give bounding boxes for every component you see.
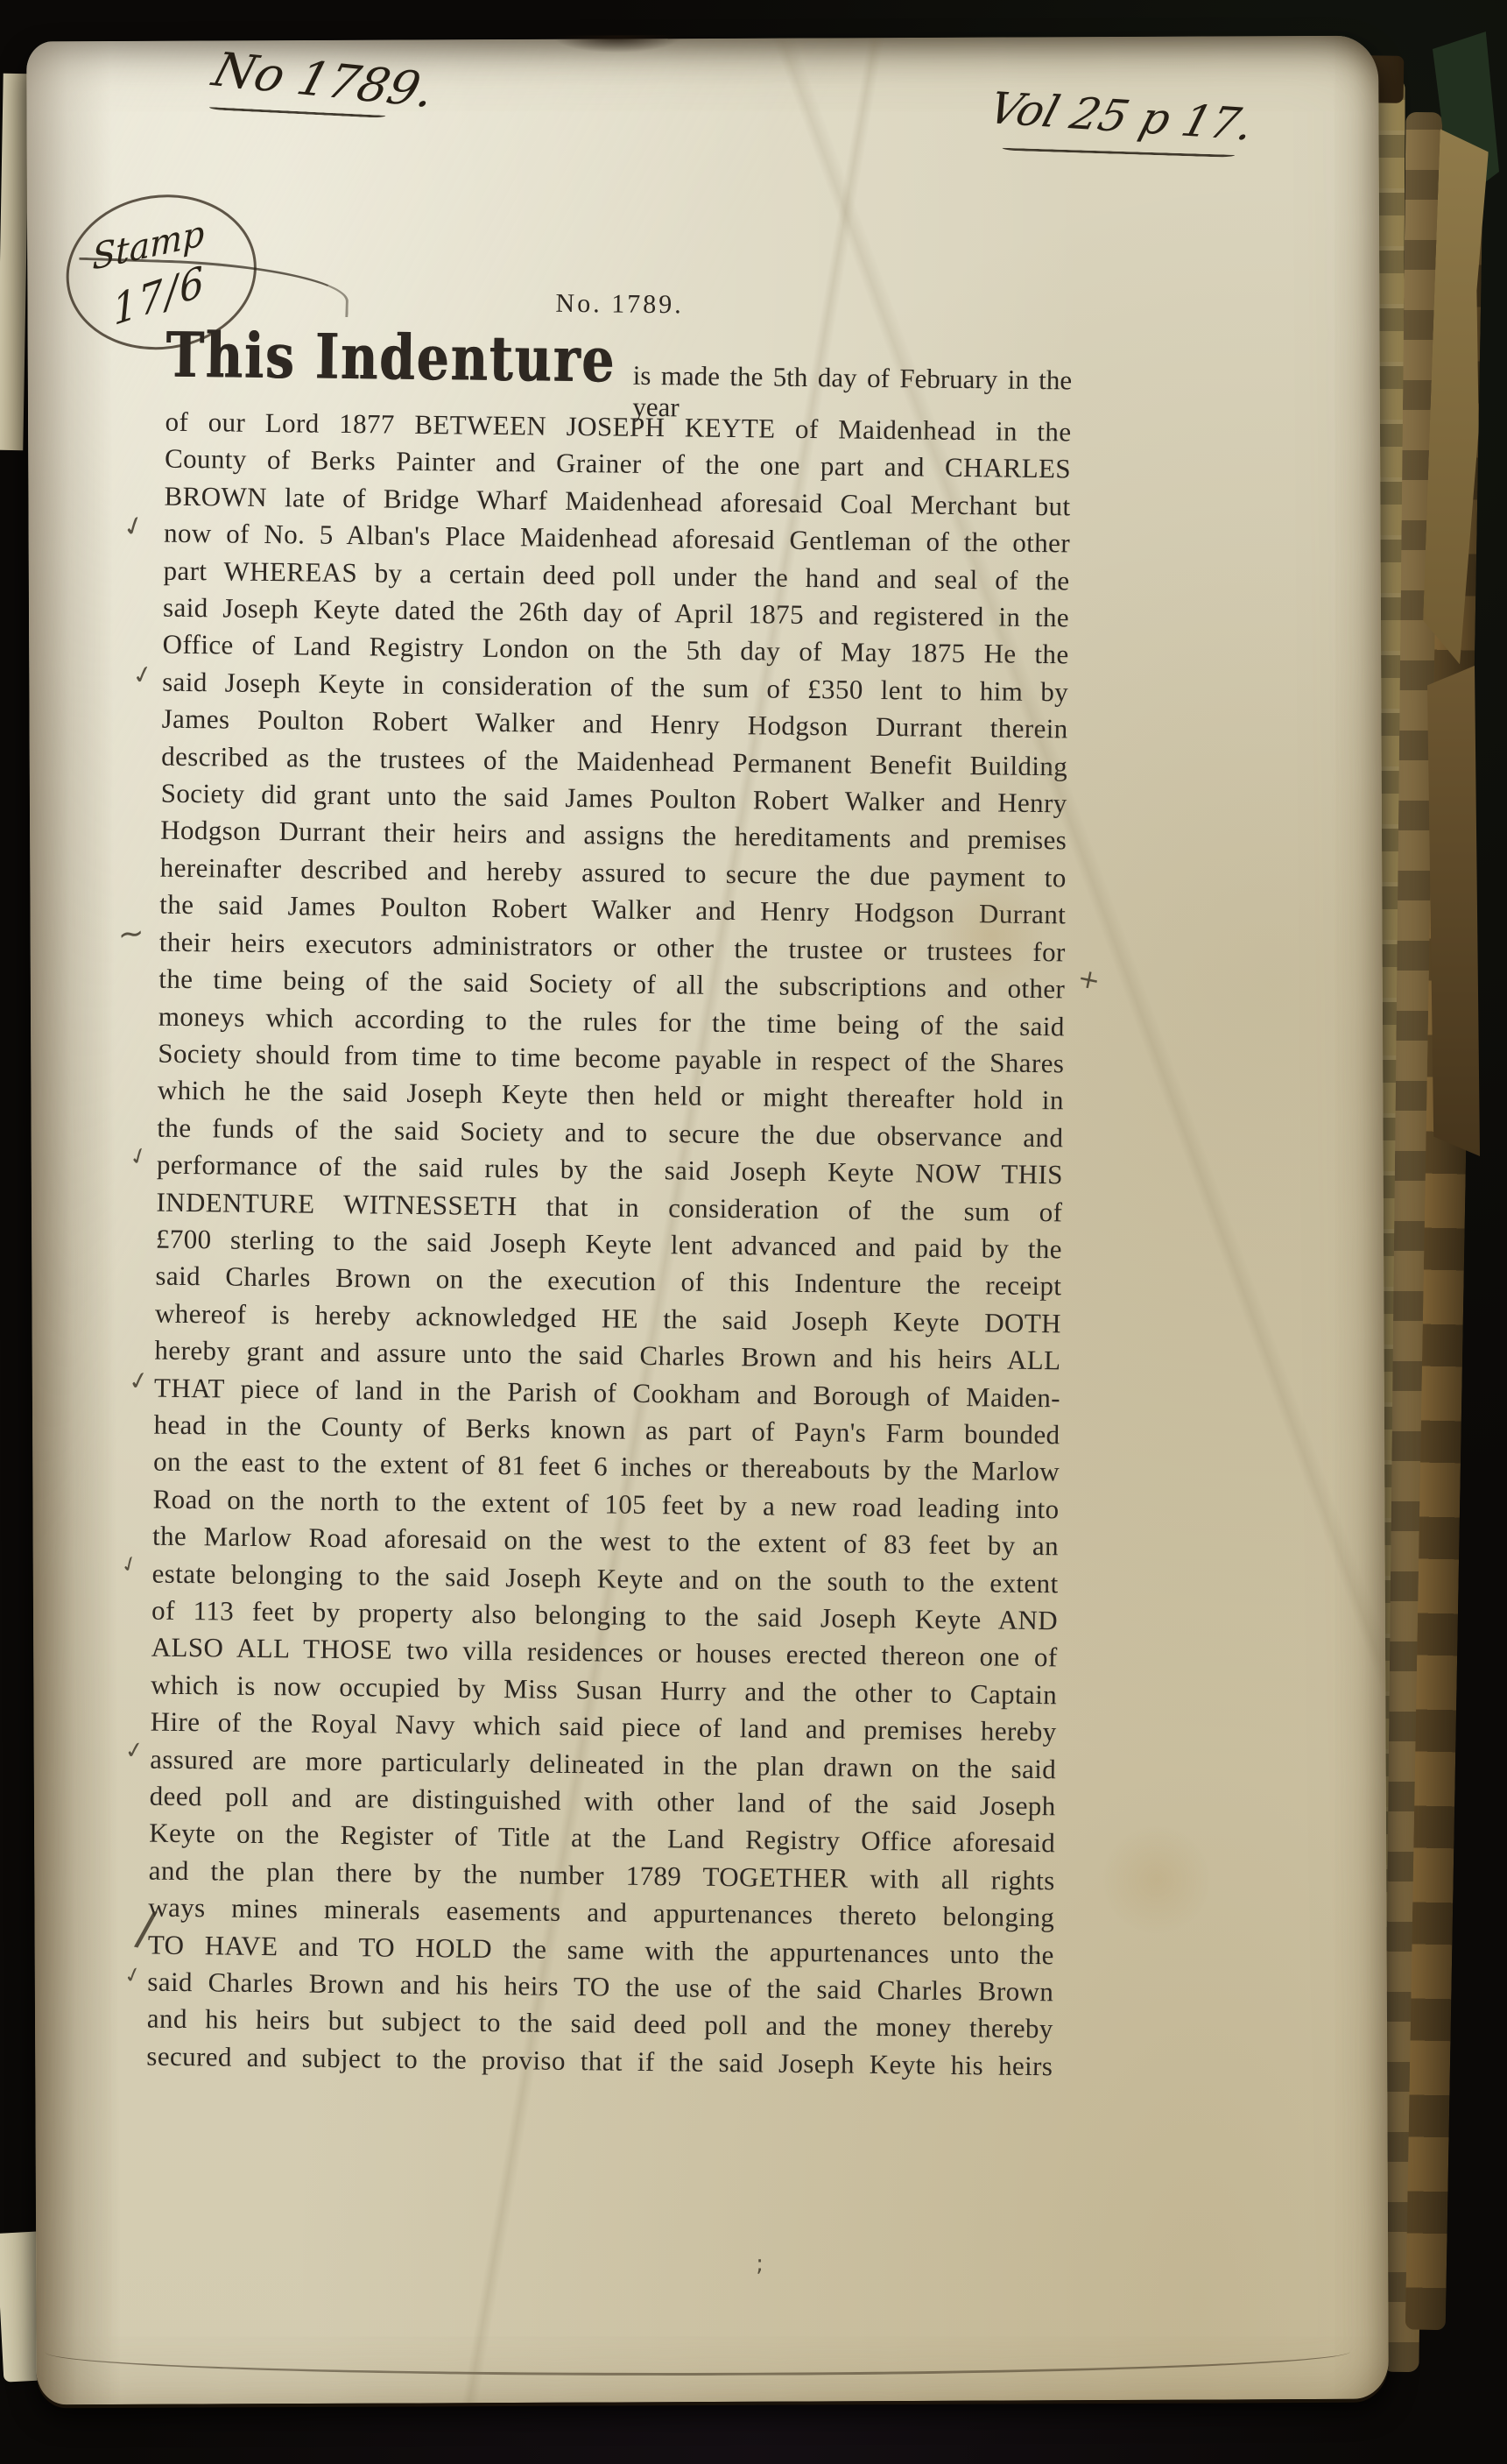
margin-mark: +: [1075, 965, 1102, 995]
margin-mark: ✓: [119, 512, 148, 543]
opening-words-blackletter: This Indenture: [165, 319, 616, 397]
margin-mark: ~: [116, 917, 146, 951]
page-bottom-edge-line: [46, 2346, 1350, 2379]
underlying-page-edge-top-left: [0, 74, 30, 450]
margin-marks-layer: ✓✓~✓✓✓✓∕✓+;: [26, 36, 1378, 42]
page-top-edge-smudge: [552, 35, 683, 53]
book-scan-background: No 1789. Vol 25 p 17. Stamp 17/6 No. 178…: [0, 0, 1507, 2464]
margin-mark: ✓: [123, 1738, 145, 1763]
margin-mark: ✓: [126, 1143, 151, 1171]
torn-page-fragment-lower: [1427, 666, 1480, 1156]
margin-mark: ✓: [130, 661, 156, 689]
margin-mark: ✓: [126, 1367, 151, 1395]
margin-mark: ✓: [117, 1551, 142, 1578]
document-text-lines: of our Lord 1877 BETWEEN JOSEPH KEYTE of…: [146, 404, 1072, 2086]
document-body: No. 1789. This Indenture is made the 5th…: [146, 285, 1073, 2086]
margin-mark: ✓: [122, 1963, 144, 1987]
handwritten-file-number: No 1789.: [207, 42, 441, 118]
margin-mark: ;: [756, 2253, 764, 2276]
handwritten-volume-reference: Vol 25 p 17.: [983, 83, 1260, 151]
document-opening-line: This Indenture is made the 5th day of Fe…: [165, 332, 1073, 414]
document-page: No 1789. Vol 25 p 17. Stamp 17/6 No. 178…: [26, 36, 1389, 2405]
